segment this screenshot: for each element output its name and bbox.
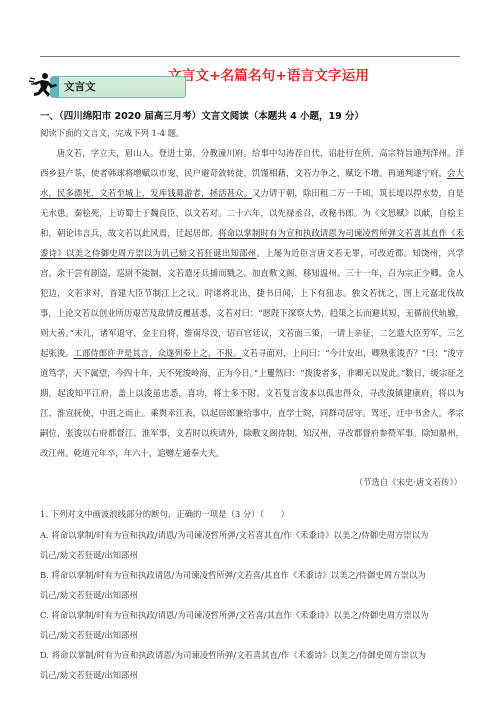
option-a: A. 将命以掌制/时有为宣和执政/请恩/为司谏凌哲所弹/文若喜其直/作《禾黍诗》… bbox=[40, 525, 464, 565]
passage-segment: 文若寻面对，上问曰：“今计安出，卿熟张浚否？”曰：“浚守道笃学，天下属望，今四十… bbox=[40, 348, 464, 458]
option-c-line1: C. 将命以掌制/时有为宣和执政/请恩/为司谏凌哲所弹/文若喜/其直作《禾黍诗》… bbox=[40, 605, 464, 625]
classical-passage: 唐文若，字立夫，眉山人。登进士第，分教潼川府。给事中勾涛荐自代，诏赴行在所，高宗… bbox=[40, 143, 464, 463]
section-label: 文言文 bbox=[64, 79, 96, 94]
option-a-line2: 讥己/劾文若狂诞/出知邵州 bbox=[40, 545, 464, 565]
option-a-line1: A. 将命以掌制/时有为宣和执政/请恩/为司谏凌哲所弹/文若喜其直/作《禾黍诗》… bbox=[40, 525, 464, 545]
passage-segment-underlined: 工部侍郎许尹是其言，众遂列奏上之，不报。 bbox=[74, 348, 242, 358]
option-c-line2: 讥己/劾文若狂诞/出知邵州 bbox=[40, 625, 464, 645]
header-rule bbox=[40, 56, 460, 57]
passage-source: （节选自《宋史·唐文若传》） bbox=[355, 476, 462, 488]
option-d-line1: D. 将命以掌制/时有为宣和执政请恩/为司谏凌哲所弹/文若喜其直/作《禾黍诗》以… bbox=[40, 645, 464, 665]
question-group-heading: 一、（四川绵阳市 2020 届高三月考）文言文阅读（本题共 4 小题，19 分） bbox=[40, 108, 364, 122]
option-b: B. 将命以掌制/时有为宣和执政请恩/为司谏凌哲所弹/文若喜/其直作《禾黍诗》以… bbox=[40, 565, 464, 605]
runner-icon bbox=[28, 72, 60, 98]
section-tag: 文言文 bbox=[28, 72, 158, 98]
question-group-intro: 阅读下面的文言文，完成下列 1-4 题。 bbox=[40, 127, 184, 139]
question-1-stem: 1. 下列对文中画波浪线部分的断句，正确的一项是（3 分）（ ） bbox=[40, 508, 289, 520]
option-d-line2: 讥己/劾文若狂诞/出知邵州 bbox=[40, 665, 464, 685]
option-b-line2: 讥己/劾文若狂诞/出知邵州 bbox=[40, 585, 464, 605]
option-d: D. 将命以掌制/时有为宣和执政请恩/为司谏凌哲所弹/文若喜其直/作《禾黍诗》以… bbox=[40, 645, 464, 685]
passage-segment: 唐文若，字立夫，眉山人。登进士第，分教潼川府。给事中勾涛荐自代，诏赴行在所，高宗… bbox=[40, 148, 464, 178]
passage-segment: 。上屡为近臣言唐文若无罪，可改近郡。知饶州，兴学宫。余干尝有剧盗，巡尉不能制，文… bbox=[40, 248, 464, 358]
option-c: C. 将命以掌制/时有为宣和执政/请恩/为司谏凌哲所弹/文若喜/其直作《禾黍诗》… bbox=[40, 605, 464, 645]
document-title: 文言文+名篇名句+语言文字运用 bbox=[168, 64, 369, 84]
option-b-line1: B. 将命以掌制/时有为宣和执政请恩/为司谏凌哲所弹/文若喜/其直作《禾黍诗》以… bbox=[40, 565, 464, 585]
